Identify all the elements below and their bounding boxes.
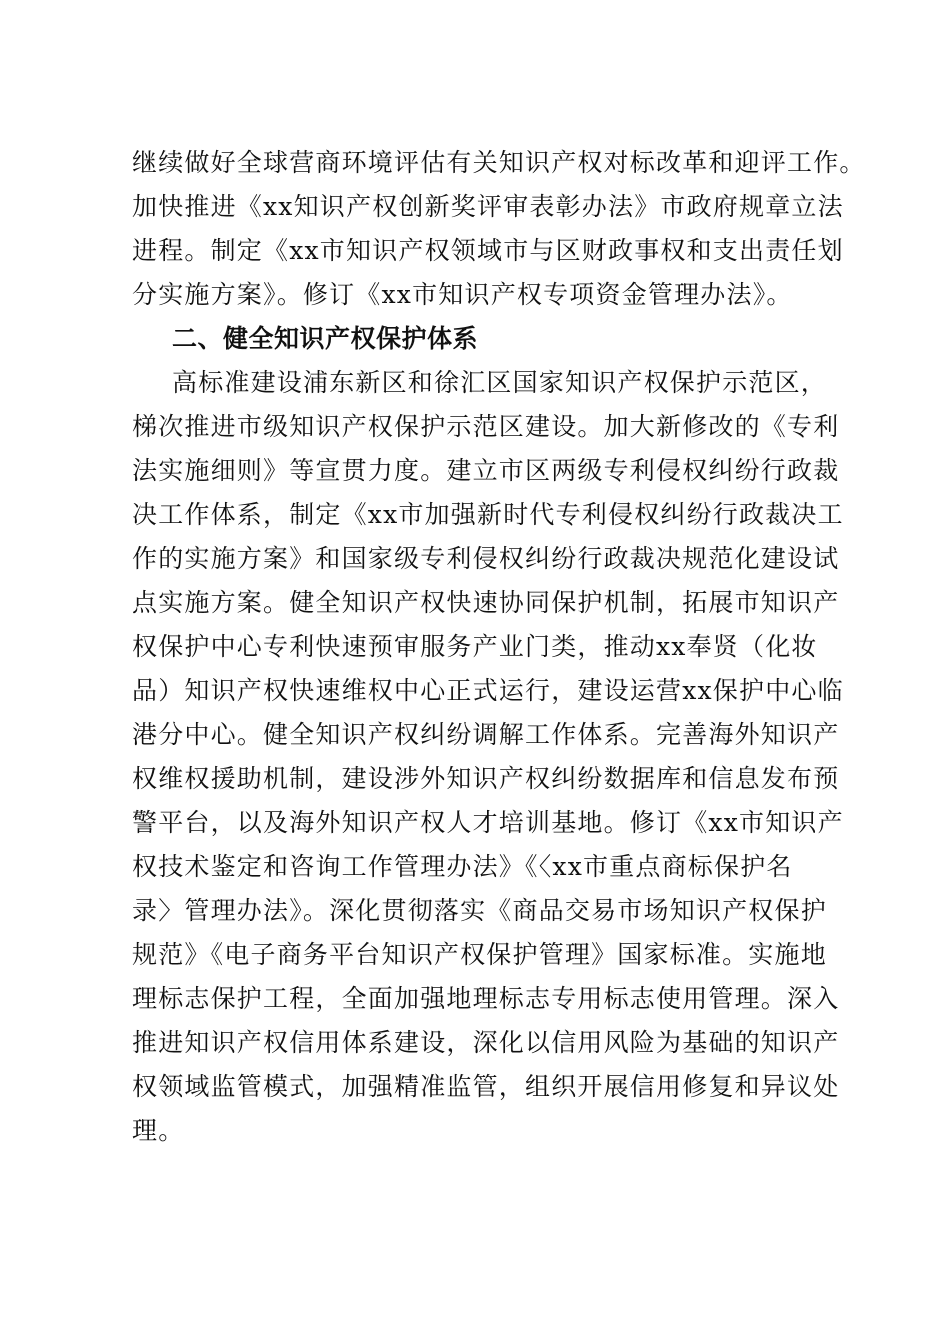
text-line: 法实施细则》等宣贯力度。建立市区两级专利侵权纠纷行政裁 [132, 454, 832, 488]
text-line: 作的实施方案》和国家级专利侵权纠纷行政裁决规范化建设试 [132, 542, 832, 576]
text-line: 警平台，以及海外知识产权人才培训基地。修订《xx市知识产 [132, 806, 832, 840]
text-line: 权保护中心专利快速预审服务产业门类，推动xx奉贤（化妆 [132, 630, 832, 664]
text-line: 推进知识产权信用体系建设，深化以信用风险为基础的知识产 [132, 1026, 832, 1060]
text-line: 权技术鉴定和咨询工作管理办法》《〈xx市重点商标保护名 [132, 850, 832, 884]
text-line: 高标准建设浦东新区和徐汇区国家知识产权保护示范区， [172, 366, 872, 400]
document-page: 继续做好全球营商环境评估有关知识产权对标改革和迎评工作。 加快推进《xx知识产权… [0, 0, 950, 1344]
text-line: 决工作体系，制定《xx市加强新时代专利侵权纠纷行政裁决工 [132, 498, 832, 532]
text-line: 点实施方案。健全知识产权快速协同保护机制，拓展市知识产 [132, 586, 832, 620]
section-heading: 二、健全知识产权保护体系 [172, 322, 478, 356]
text-line: 权领域监管模式，加强精准监管，组织开展信用修复和异议处 [132, 1070, 832, 1104]
text-line: 分实施方案》。修订《xx市知识产权专项资金管理办法》。 [132, 278, 832, 312]
text-line: 录〉管理办法》。深化贯彻落实《商品交易市场知识产权保护 [132, 894, 832, 928]
text-line: 品）知识产权快速维权中心正式运行，建设运营xx保护中心临 [132, 674, 832, 708]
text-line: 加快推进《xx知识产权创新奖评审表彰办法》市政府规章立法 [132, 190, 832, 224]
text-line: 权维权援助机制，建设涉外知识产权纠纷数据库和信息发布预 [132, 762, 832, 796]
text-line: 继续做好全球营商环境评估有关知识产权对标改革和迎评工作。 [132, 146, 832, 180]
text-line: 规范》《电子商务平台知识产权保护管理》国家标准。实施地 [132, 938, 832, 972]
text-line: 理标志保护工程，全面加强地理标志专用标志使用管理。深入 [132, 982, 832, 1016]
text-line: 梯次推进市级知识产权保护示范区建设。加大新修改的《专利 [132, 410, 832, 444]
text-line: 港分中心。健全知识产权纠纷调解工作体系。完善海外知识产 [132, 718, 832, 752]
text-line: 理。 [132, 1114, 832, 1148]
text-line: 进程。制定《xx市知识产权领域市与区财政事权和支出责任划 [132, 234, 832, 268]
